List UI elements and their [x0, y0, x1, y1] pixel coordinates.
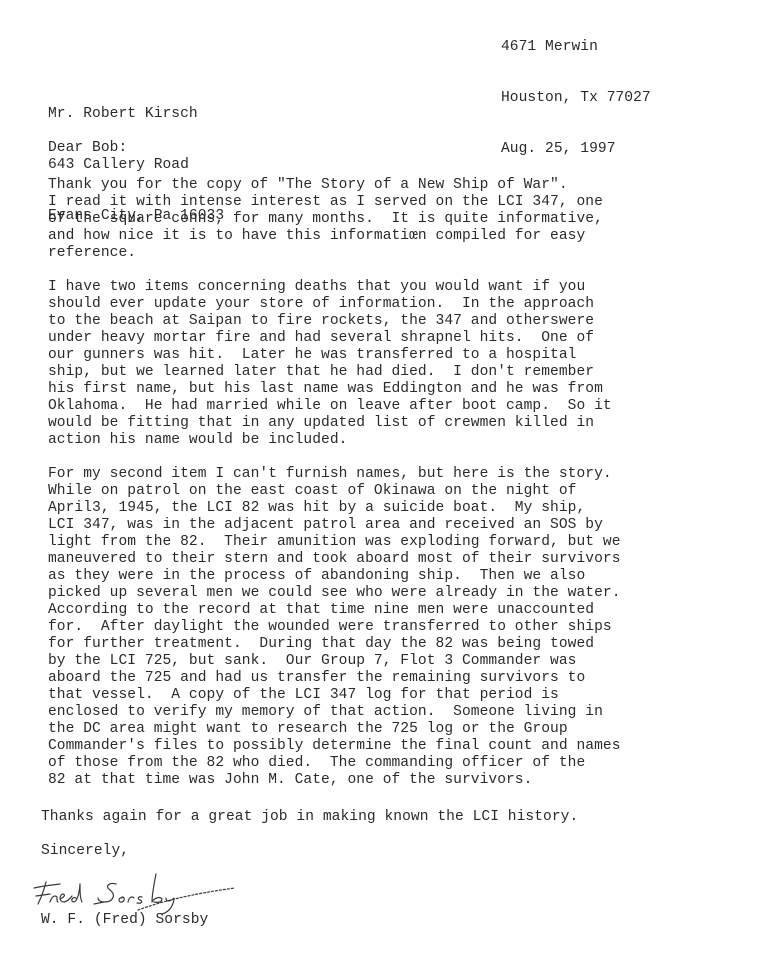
recipient-street: 643 Callery Road [48, 157, 224, 174]
letter-date: Aug. 25, 1997 [501, 141, 651, 158]
paragraph-line: Oklahoma. He had married while on leave … [48, 398, 612, 415]
paragraph-line: ship, but we learned later that he had d… [48, 364, 612, 381]
paragraph-line: for further treatment. During that day t… [48, 636, 621, 653]
paragraph-line: picked up several men we could see who w… [48, 585, 621, 602]
paragraph-line: According to the record at that time nin… [48, 602, 621, 619]
handwritten-signature [30, 868, 250, 916]
paragraph-line: 82 at that time was John M. Cate, one of… [48, 772, 621, 789]
paragraph-line: Thank you for the copy of "The Story of … [48, 177, 603, 194]
paragraph-line: light from the 82. Their amunition was e… [48, 534, 621, 551]
paragraph-line: While on patrol on the east coast of Oki… [48, 483, 621, 500]
closing: Sincerely, [41, 843, 129, 860]
salutation: Dear Bob: [48, 140, 127, 157]
typed-signature-name: W. F. (Fred) Sorsby [41, 912, 208, 929]
sender-address: 4671 Merwin Houston, Tx 77027 Aug. 25, 1… [501, 5, 651, 175]
paragraph-line: and how nice it is to have this informat… [48, 228, 603, 245]
paragraph-saipan: I have two items concerning deaths that … [48, 279, 612, 449]
paragraph-line: reference. [48, 245, 603, 262]
paragraph-line: of the square conns, for many months. It… [48, 211, 603, 228]
paragraph-line: aboard the 725 and had us transfer the r… [48, 670, 621, 687]
paragraph-line: Thanks again for a great job in making k… [41, 809, 578, 826]
recipient-name: Mr. Robert Kirsch [48, 106, 224, 123]
paragraph-line: enclosed to verify my memory of that act… [48, 704, 621, 721]
sender-street: 4671 Merwin [501, 39, 651, 56]
paragraph-line: Commander's files to possibly determine … [48, 738, 621, 755]
paragraph-line: would be fitting that in any updated lis… [48, 415, 612, 432]
paragraph-line: I read it with intense interest as I ser… [48, 194, 603, 211]
paragraph-line: the DC area might want to research the 7… [48, 721, 621, 738]
paragraph-line: April3, 1945, the LCI 82 was hit by a su… [48, 500, 621, 517]
paragraph-line: by the LCI 725, but sank. Our Group 7, F… [48, 653, 621, 670]
paragraph-line: under heavy mortar fire and had several … [48, 330, 612, 347]
paragraph-closing-thanks: Thanks again for a great job in making k… [41, 809, 578, 826]
paragraph-line: to the beach at Saipan to fire rockets, … [48, 313, 612, 330]
sender-city: Houston, Tx 77027 [501, 90, 651, 107]
paragraph-thanks: Thank you for the copy of "The Story of … [48, 177, 603, 262]
paragraph-line: LCI 347, was in the adjacent patrol area… [48, 517, 621, 534]
paragraph-line: maneuvered to their stern and took aboar… [48, 551, 621, 568]
paragraph-line: should ever update your store of informa… [48, 296, 612, 313]
paragraph-line: his first name, but his last name was Ed… [48, 381, 612, 398]
paragraph-line: our gunners was hit. Later he was transf… [48, 347, 612, 364]
paragraph-okinawa: For my second item I can't furnish names… [48, 466, 621, 789]
paragraph-line: for. After daylight the wounded were tra… [48, 619, 621, 636]
paragraph-line: For my second item I can't furnish names… [48, 466, 621, 483]
paragraph-line: that vessel. A copy of the LCI 347 log f… [48, 687, 621, 704]
paragraph-line: as they were in the process of abandonin… [48, 568, 621, 585]
paragraph-line: of those from the 82 who died. The comma… [48, 755, 621, 772]
paragraph-line: I have two items concerning deaths that … [48, 279, 612, 296]
paragraph-line: action his name would be included. [48, 432, 612, 449]
